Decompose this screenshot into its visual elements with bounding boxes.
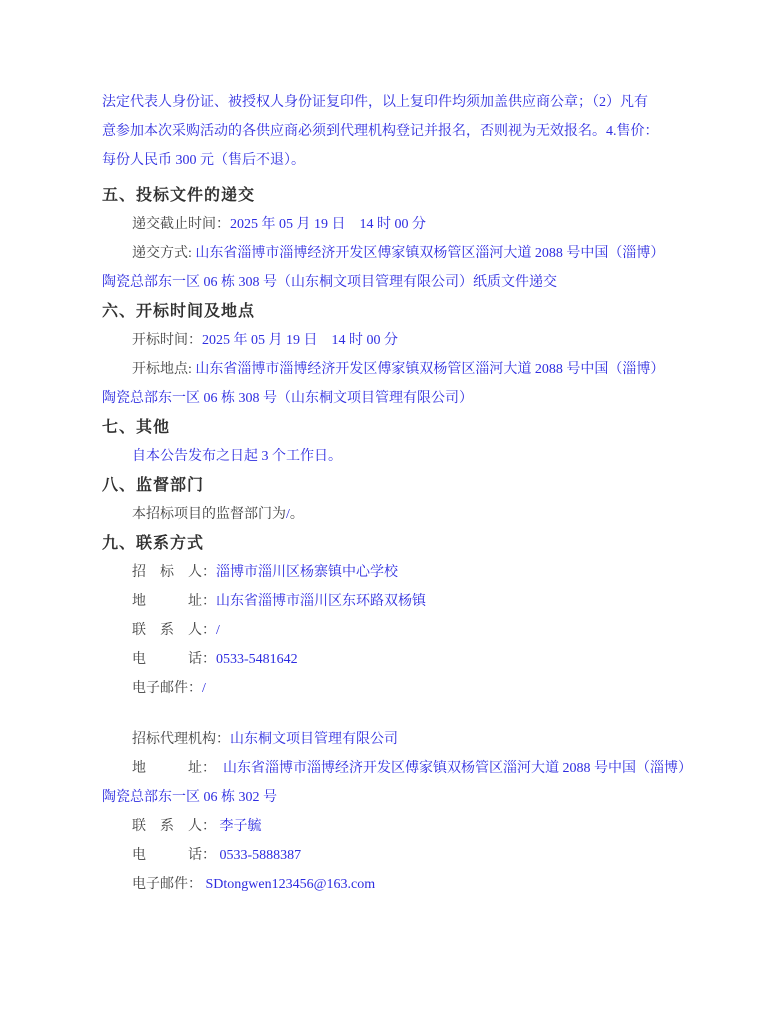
agency-contact-value: 李子毓 bbox=[220, 819, 262, 834]
tenderer-contact-value: / bbox=[216, 623, 220, 638]
notice-period-line: 自本公告发布之日起 3 个工作日。 bbox=[102, 442, 677, 471]
agency-contact-label: 联 系 人： bbox=[132, 819, 220, 834]
tenderer-address-label: 地 址： bbox=[132, 594, 216, 609]
opening-time-value: 2025 年 05 月 19 日 14 时 00 分 bbox=[202, 333, 398, 348]
submission-method-line-2: 陶瓷总部东一区 06 栋 308 号（山东桐文项目管理有限公司）纸质文件递交 bbox=[102, 268, 677, 297]
tenderer-phone-value: 0533-5481642 bbox=[216, 652, 298, 667]
supervision-text: 本招标项目的监督部门为 bbox=[132, 507, 286, 522]
supervision-period: 。 bbox=[290, 507, 304, 522]
section-heading-submission: 五、投标文件的递交 bbox=[102, 181, 677, 210]
tenderer-address-line: 地 址：山东省淄博市淄川区东环路双杨镇 bbox=[102, 587, 677, 616]
submission-deadline-label: 递交截止时间： bbox=[132, 217, 230, 232]
agency-email-value: SDtongwen123456@163.com bbox=[206, 877, 376, 892]
agency-email-line: 电子邮件： SDtongwen123456@163.com bbox=[102, 870, 677, 899]
agency-phone-line: 电 话： 0533-5888387 bbox=[102, 841, 677, 870]
agency-contact-line: 联 系 人： 李子毓 bbox=[102, 812, 677, 841]
tenderer-contact-line: 联 系 人：/ bbox=[102, 616, 677, 645]
submission-method-line-1: 递交方式: 山东省淄博市淄博经济开发区傅家镇双杨管区淄河大道 2088 号中国（… bbox=[102, 239, 677, 268]
section-heading-other: 七、其他 bbox=[102, 413, 677, 442]
intro-paragraph-line-1: 法定代表人身份证、被授权人身份证复印件，以上复印件均须加盖供应商公章；（2）凡有 bbox=[102, 88, 677, 117]
agency-phone-label: 电 话： bbox=[132, 848, 220, 863]
submission-method-label: 递交方式: bbox=[132, 246, 195, 261]
agency-phone-value: 0533-5888387 bbox=[220, 848, 302, 863]
tenderer-address-value: 山东省淄博市淄川区东环路双杨镇 bbox=[216, 594, 426, 609]
tenderer-label: 招 标 人： bbox=[132, 565, 216, 580]
agency-value: 山东桐文项目管理有限公司 bbox=[230, 732, 398, 747]
agency-address-line-2: 陶瓷总部东一区 06 栋 302 号 bbox=[102, 783, 677, 812]
tenderer-email-value: / bbox=[202, 681, 206, 696]
agency-line: 招标代理机构：山东桐文项目管理有限公司 bbox=[102, 725, 677, 754]
tenderer-phone-line: 电 话：0533-5481642 bbox=[102, 645, 677, 674]
submission-deadline-value: 2025 年 05 月 19 日 14 时 00 分 bbox=[230, 217, 426, 232]
tenderer-value: 淄博市淄川区杨寨镇中心学校 bbox=[216, 565, 398, 580]
opening-time-label: 开标时间： bbox=[132, 333, 202, 348]
agency-email-label: 电子邮件： bbox=[132, 877, 206, 892]
tenderer-email-label: 电子邮件： bbox=[132, 681, 202, 696]
intro-paragraph-line-2: 意参加本次采购活动的各供应商必须到代理机构登记并报名，否则视为无效报名。4.售价… bbox=[102, 117, 677, 146]
opening-place-line-2: 陶瓷总部东一区 06 栋 308 号（山东桐文项目管理有限公司） bbox=[102, 384, 677, 413]
opening-place-label: 开标地点: bbox=[132, 362, 195, 377]
agency-label: 招标代理机构： bbox=[132, 732, 230, 747]
contact-block-spacer bbox=[102, 703, 677, 725]
section-heading-supervision: 八、监督部门 bbox=[102, 471, 677, 500]
supervision-line: 本招标项目的监督部门为/。 bbox=[102, 500, 677, 529]
opening-place-value-1: 山东省淄博市淄博经济开发区傅家镇双杨管区淄河大道 2088 号中国（淄博） bbox=[195, 362, 664, 377]
agency-address-value-1: 山东省淄博市淄博经济开发区傅家镇双杨管区淄河大道 2088 号中国（淄博） bbox=[223, 761, 692, 776]
tenderer-contact-label: 联 系 人： bbox=[132, 623, 216, 638]
announcement-page: 法定代表人身份证、被授权人身份证复印件，以上复印件均须加盖供应商公章；（2）凡有… bbox=[0, 0, 761, 1035]
opening-time-line: 开标时间：2025 年 05 月 19 日 14 时 00 分 bbox=[102, 326, 677, 355]
intro-paragraph-line-3: 每份人民币 300 元（售后不退）。 bbox=[102, 146, 677, 175]
agency-address-line-1: 地 址： 山东省淄博市淄博经济开发区傅家镇双杨管区淄河大道 2088 号中国（淄… bbox=[102, 754, 677, 783]
tenderer-phone-label: 电 话： bbox=[132, 652, 216, 667]
submission-method-value-1: 山东省淄博市淄博经济开发区傅家镇双杨管区淄河大道 2088 号中国（淄博） bbox=[195, 246, 664, 261]
opening-place-line-1: 开标地点: 山东省淄博市淄博经济开发区傅家镇双杨管区淄河大道 2088 号中国（… bbox=[102, 355, 677, 384]
section-heading-contact: 九、联系方式 bbox=[102, 529, 677, 558]
section-heading-opening: 六、开标时间及地点 bbox=[102, 297, 677, 326]
tenderer-line: 招 标 人：淄博市淄川区杨寨镇中心学校 bbox=[102, 558, 677, 587]
agency-address-label: 地 址： bbox=[132, 761, 223, 776]
submission-deadline-line: 递交截止时间：2025 年 05 月 19 日 14 时 00 分 bbox=[102, 210, 677, 239]
announcement-body: 法定代表人身份证、被授权人身份证复印件，以上复印件均须加盖供应商公章；（2）凡有… bbox=[102, 88, 677, 899]
tenderer-email-line: 电子邮件：/ bbox=[102, 674, 677, 703]
